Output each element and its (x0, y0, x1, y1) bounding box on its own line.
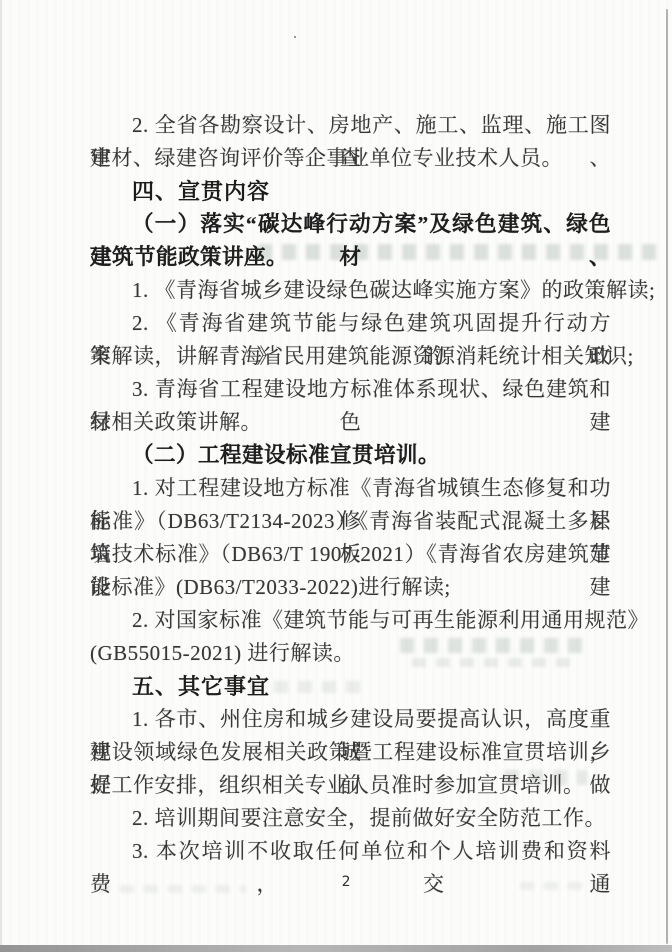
body-line: 2. 培训期间要注意安全，提前做好安全防范工作。 (90, 802, 611, 835)
text-block: 2. 全省各勘察设计、房地产、施工、监理、施工图审查、建材、绿建咨询评价等企事业… (90, 109, 611, 868)
scan-speck (294, 36, 296, 38)
body-line: 1. 对工程建设地方标准《青海省城镇生态修复和功能修补 (90, 472, 611, 505)
body-line: 3. 本次培训不收取任何单位和个人培训费和资料费，交通 (90, 835, 611, 868)
body-line: 建设领域绿色发展相关政策暨工程建设标准宣贯培训，提前做 (90, 736, 611, 769)
section-heading: 五、其它事宜 (90, 670, 611, 703)
body-line: 1. 《青海省城乡建设绿色碳达峰实施方案》的政策解读; (90, 274, 611, 307)
subsection-heading: 建筑节能政策讲座。 (90, 241, 611, 274)
document-page: 2. 全省各勘察设计、房地产、施工、监理、施工图审查、建材、绿建咨询评价等企事业… (0, 0, 672, 952)
body-line: 建材、绿建咨询评价等企事业单位专业技术人员。 (90, 142, 611, 175)
scan-edge-bottom (0, 945, 672, 952)
body-line: 2. 对国家标准《建筑节能与可再生能源利用通用规范》 (90, 604, 611, 637)
body-line: 1. 各市、州住房和城乡建设局要提高认识，高度重视城乡 (90, 703, 611, 736)
subsection-heading: （二）工程建设标准宣贯培训。 (90, 439, 611, 472)
body-line: 2. 全省各勘察设计、房地产、施工、监理、施工图审查、 (90, 109, 611, 142)
section-heading: 四、宣贯内容 (90, 175, 611, 208)
body-line: 好工作安排，组织相关专业人员准时参加宣贯培训。 (90, 769, 611, 802)
body-line: (GB55015-2021) 进行解读。 (90, 637, 611, 670)
body-line: 材相关政策讲解。 (90, 406, 611, 439)
scan-edge-right (666, 9, 668, 944)
body-line: 3. 青海省工程建设地方标准体系现状、绿色建筑和绿色建 (90, 373, 611, 406)
body-line: 策解读，讲解青海省民用建筑能源资源消耗统计相关知识; (90, 340, 611, 373)
subsection-heading: （一）落实“碳达峰行动方案”及绿色建筑、绿色建材、 (90, 208, 611, 241)
body-line: 2. 《青海省建筑节能与绿色建筑巩固提升行动方案》的政 (90, 307, 611, 340)
page-number: 2 (326, 874, 366, 890)
body-line: 筑技术标准》（DB63/T 1907-2021）《青海省农房建筑节能建 (90, 538, 611, 571)
body-line: 设标准》(DB63/T2033-2022)进行解读; (90, 571, 611, 604)
scan-edge-left (0, 0, 2, 952)
body-line: 标准》（DB63/T2134-2023）《青海省装配式混凝土多层墙板建 (90, 505, 611, 538)
